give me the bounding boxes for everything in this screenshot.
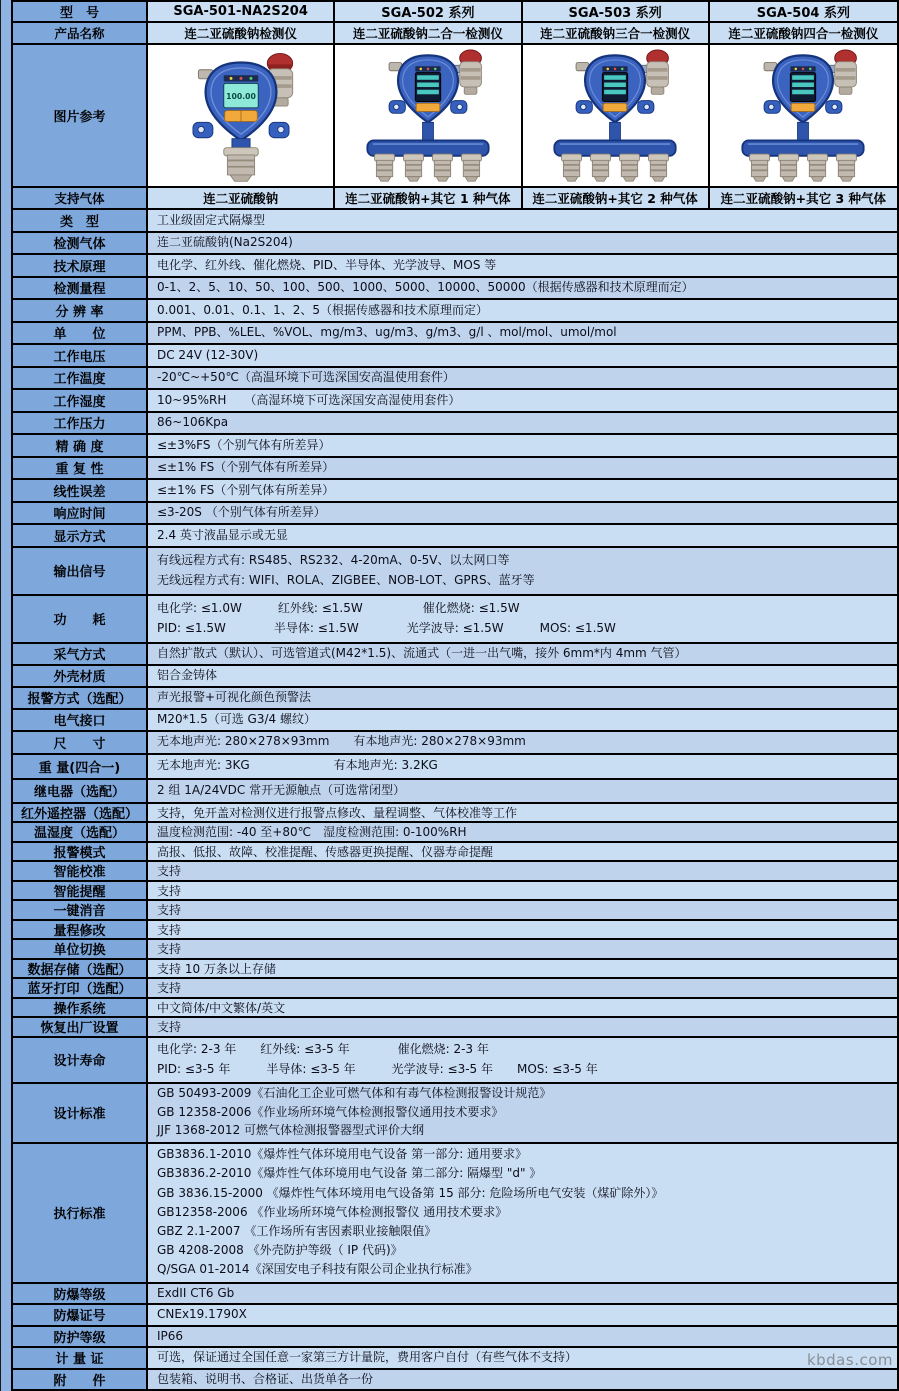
spec-row: 采气方式 自然扩散式（默认）、可选管道式(M42*1.5)、流通式（一进一出气嘴… <box>13 644 897 666</box>
spec-value-line: 支持，免开盖对检测仪进行报警点修改、量程调整、气体校准等工作 <box>148 805 897 822</box>
spec-value-line: 铝合金铸体 <box>148 667 897 684</box>
spec-row: 红外遥控器（选配） 支持，免开盖对检测仪进行报警点修改、量程调整、气体校准等工作 <box>13 804 897 824</box>
spec-value: 2.4 英寸液晶显示或无显 <box>148 525 897 548</box>
gas-detector-multi-icon <box>717 48 889 184</box>
spec-value-line: GB 12358-2006《作业场所环境气体检测报警仪通用技术要求》 <box>148 1104 897 1121</box>
model-name: SGA-503 系列 <box>523 2 710 23</box>
supported-gas: 连二亚硫酸钠+其它 1 种气体 <box>335 188 522 210</box>
spec-value: 支持 <box>148 1018 897 1038</box>
spec-label: 数据存储（选配） <box>13 960 148 980</box>
spec-value: IP66 <box>148 1327 897 1349</box>
spec-label: 执行标准 <box>13 1144 148 1284</box>
spec-row: 工作压力 86~106Kpa <box>13 413 897 436</box>
spec-label: 设计寿命 <box>13 1038 148 1084</box>
spec-value-line: 支持 10 万条以上存储 <box>148 961 897 978</box>
spec-value: 可选，保证通过全国任意一家第三方计量院，费用客户自付（有些气体不支持） <box>148 1348 897 1370</box>
spec-value-line: ExdII CT6 Gb <box>148 1285 897 1302</box>
spec-value: 电化学: ≤1.0W 红外线: ≤1.5W 催化燃烧: ≤1.5WPID: ≤1… <box>148 596 897 644</box>
spec-label: 尺 寸 <box>13 732 148 755</box>
spec-value-line: 支持 <box>148 980 897 997</box>
product-name-row: 产品名称 连二亚硫酸钠检测仪 连二亚硫酸钠二合一检测仪 连二亚硫酸钠三合一检测仪… <box>13 23 897 45</box>
spec-row: 防爆证号 CNEx19.1790X <box>13 1305 897 1327</box>
spec-label: 线性误差 <box>13 480 148 503</box>
spec-value-line: GBZ 2.1-2007 《工作场所有害因素职业接触限值》 <box>148 1223 897 1240</box>
spec-value-line: 10~95%RH （高湿环境下可选深国安高湿使用套件） <box>148 392 897 409</box>
spec-value: 自然扩散式（默认）、可选管道式(M42*1.5)、流通式（一进一出气嘴，接外 6… <box>148 644 897 666</box>
spec-value-line: 无线远程方式有: WIFI、ROLA、ZIGBEE、NOB-LOT、GPRS、蓝… <box>148 572 897 589</box>
spec-value: 铝合金铸体 <box>148 666 897 688</box>
product-image-cell <box>148 45 335 188</box>
spec-value-line: 支持 <box>148 902 897 919</box>
spec-label: 检测量程 <box>13 278 148 301</box>
spec-row: 防护等级 IP66 <box>13 1327 897 1349</box>
spec-value: 连二亚硫酸钠(Na2S204) <box>148 233 897 256</box>
spec-row: 设计寿命 电化学: 2-3 年 红外线: ≤3-5 年 催化燃烧: 2-3 年P… <box>13 1038 897 1084</box>
spec-value: 0-1、2、5、10、50、100、500、1000、5000、10000、50… <box>148 278 897 301</box>
spec-value-line: 自然扩散式（默认）、可选管道式(M42*1.5)、流通式（一进一出气嘴，接外 6… <box>148 645 897 662</box>
spec-row: 继电器（选配） 2 组 1A/24VDC 常开无源触点（可选常闭型） <box>13 780 897 804</box>
spec-value-line: 中文简体/中文繁体/英文 <box>148 1000 897 1017</box>
spec-label: 一键消音 <box>13 901 148 921</box>
spec-label: 操作系统 <box>13 999 148 1019</box>
spec-row: 智能校准 支持 <box>13 862 897 882</box>
spec-label: 智能提醒 <box>13 882 148 902</box>
model-name: SGA-504 系列 <box>710 2 897 23</box>
spec-row: 尺 寸 无本地声光: 280×278×93mm 有本地声光: 280×278×9… <box>13 732 897 755</box>
spec-row: 显示方式 2.4 英寸液晶显示或无显 <box>13 525 897 548</box>
spec-row: 检测量程 0-1、2、5、10、50、100、500、1000、5000、100… <box>13 278 897 301</box>
model-name: SGA-502 系列 <box>335 2 522 23</box>
spec-value-line: GB 4208-2008 《外壳防护等级（ IP 代码)》 <box>148 1242 897 1259</box>
spec-value-line: 支持 <box>148 883 897 900</box>
spec-label: 响应时间 <box>13 503 148 526</box>
spec-value: 支持 <box>148 921 897 941</box>
spec-row: 重 复 性 ≤±1% FS（个别气体有所差异） <box>13 458 897 481</box>
spec-label: 防爆证号 <box>13 1305 148 1327</box>
product-image-cell <box>523 45 710 188</box>
spec-value: GB 50493-2009《石油化工企业可燃气体和有毒气体检测报警设计规范》GB… <box>148 1084 897 1144</box>
spec-value-line: ≤±1% FS（个别气体有所差异） <box>148 459 897 476</box>
spec-label: 工作湿度 <box>13 390 148 413</box>
spec-label: 检测气体 <box>13 233 148 256</box>
spec-row: 恢复出厂设置 支持 <box>13 1018 897 1038</box>
product-name: 连二亚硫酸钠二合一检测仪 <box>335 23 522 45</box>
spec-label: 红外遥控器（选配） <box>13 804 148 824</box>
spec-row: 单 位 PPM、PPB、%LEL、%VOL、mg/m3、ug/m3、g/m3、g… <box>13 323 897 346</box>
spec-row: 操作系统 中文简体/中文繁体/英文 <box>13 999 897 1019</box>
spec-value: 电化学、红外线、催化燃烧、PID、半导体、光学波导、MOS 等 <box>148 255 897 278</box>
spec-label: 电气接口 <box>13 710 148 732</box>
spec-value-line: 电化学: 2-3 年 红外线: ≤3-5 年 催化燃烧: 2-3 年 <box>148 1041 897 1058</box>
spec-row: 蓝牙打印（选配） 支持 <box>13 979 897 999</box>
image-row-label: 图片参考 <box>13 45 148 188</box>
spec-value: 电化学: 2-3 年 红外线: ≤3-5 年 催化燃烧: 2-3 年PID: ≤… <box>148 1038 897 1084</box>
spec-value-line: 连二亚硫酸钠(Na2S204) <box>148 234 897 251</box>
product-name: 连二亚硫酸钠检测仪 <box>148 23 335 45</box>
spec-row: 工作湿度 10~95%RH （高湿环境下可选深国安高湿使用套件） <box>13 390 897 413</box>
spec-value-line: ≤±3%FS（个别气体有所差异） <box>148 437 897 454</box>
spec-value: 0.001、0.01、0.1、1、2、5（根据传感器和技术原理而定） <box>148 300 897 323</box>
spec-value-line: PID: ≤3-5 年 半导体: ≤3-5 年 光学波导: ≤3-5 年 MOS… <box>148 1061 897 1078</box>
spec-row: 单位切换 支持 <box>13 940 897 960</box>
spec-value-line: -20℃~+50℃（高温环境下可选深国安高温使用套件） <box>148 369 897 386</box>
product-image-cell <box>710 45 897 188</box>
product-name: 连二亚硫酸钠四合一检测仪 <box>710 23 897 45</box>
spec-value-line: 0.001、0.01、0.1、1、2、5（根据传感器和技术原理而定） <box>148 302 897 319</box>
spec-value: 工业级固定式隔爆型 <box>148 210 897 233</box>
supported-gas-label: 支持气体 <box>13 188 148 210</box>
product-name-label: 产品名称 <box>13 23 148 45</box>
spec-label: 功 耗 <box>13 596 148 644</box>
spec-value-line: 0-1、2、5、10、50、100、500、1000、5000、10000、50… <box>148 279 897 296</box>
watermark: kbdas.com <box>807 1351 893 1369</box>
spec-value-line: PPM、PPB、%LEL、%VOL、mg/m3、ug/m3、g/m3、g/l 、… <box>148 324 897 341</box>
spec-label: 报警模式 <box>13 843 148 863</box>
spec-value-line: GB3836.1-2010《爆炸性气体环境用电气设备 第一部分: 通用要求》 <box>148 1146 897 1163</box>
spec-value: ≤±3%FS（个别气体有所差异） <box>148 435 897 458</box>
spec-row: 技术原理 电化学、红外线、催化燃烧、PID、半导体、光学波导、MOS 等 <box>13 255 897 278</box>
spec-value: 高报、低报、故障、校准提醒、传感器更换提醒、仪器寿命提醒 <box>148 843 897 863</box>
spec-label: 蓝牙打印（选配） <box>13 979 148 999</box>
spec-row: 响应时间 ≤3-20S （个别气体有所差异） <box>13 503 897 526</box>
spec-value-line: ≤3-20S （个别气体有所差异） <box>148 504 897 521</box>
gas-detector-multi-icon <box>529 48 701 184</box>
spec-value-line: Q/SGA 01-2014《深国安电子科技有限公司企业执行标准》 <box>148 1261 897 1278</box>
spec-label: 计 量 证 <box>13 1348 148 1370</box>
spec-label: 工作电压 <box>13 345 148 368</box>
spec-label: 报警方式（选配） <box>13 688 148 710</box>
spec-table: 型 号 SGA-501-NA2S204 SGA-502 系列 SGA-503 系… <box>11 0 899 1391</box>
spec-row: 输出信号 有线远程方式有: RS485、RS232、4-20mA、0-5V、以太… <box>13 548 897 596</box>
spec-value-line: 电化学、红外线、催化燃烧、PID、半导体、光学波导、MOS 等 <box>148 257 897 274</box>
spec-value: 支持 <box>148 940 897 960</box>
spec-value-line: M20*1.5（可选 G3/4 螺纹） <box>148 711 897 728</box>
supported-gas: 连二亚硫酸钠 <box>148 188 335 210</box>
spec-value: 温度检测范围: -40 至+80℃ 湿度检测范围: 0-100%RH <box>148 823 897 843</box>
spec-value-line: CNEx19.1790X <box>148 1306 897 1323</box>
spec-row: 外壳材质 铝合金铸体 <box>13 666 897 688</box>
spec-row: 计 量 证 可选，保证通过全国任意一家第三方计量院，费用客户自付（有些气体不支持… <box>13 1348 897 1370</box>
spec-label: 精 确 度 <box>13 435 148 458</box>
spec-label: 类 型 <box>13 210 148 233</box>
spec-label: 附 件 <box>13 1370 148 1391</box>
product-name: 连二亚硫酸钠三合一检测仪 <box>523 23 710 45</box>
spec-value-line: 支持 <box>148 941 897 958</box>
model-name: SGA-501-NA2S204 <box>148 2 335 23</box>
spec-value-line: 工业级固定式隔爆型 <box>148 212 897 229</box>
spec-row: 精 确 度 ≤±3%FS（个别气体有所差异） <box>13 435 897 458</box>
spec-row: 附 件 包装箱、说明书、合格证、出货单各一份 <box>13 1370 897 1391</box>
spec-value: M20*1.5（可选 G3/4 螺纹） <box>148 710 897 732</box>
spec-row: 功 耗 电化学: ≤1.0W 红外线: ≤1.5W 催化燃烧: ≤1.5WPID… <box>13 596 897 644</box>
spec-value-line: 包装箱、说明书、合格证、出货单各一份 <box>148 1371 897 1388</box>
spec-value-line: 有线远程方式有: RS485、RS232、4-20mA、0-5V、以太网口等 <box>148 552 897 569</box>
spec-value: 10~95%RH （高湿环境下可选深国安高湿使用套件） <box>148 390 897 413</box>
spec-label: 采气方式 <box>13 644 148 666</box>
supported-gas: 连二亚硫酸钠+其它 3 种气体 <box>710 188 897 210</box>
spec-row: 工作电压 DC 24V (12-30V) <box>13 345 897 368</box>
spec-row: 数据存储（选配） 支持 10 万条以上存储 <box>13 960 897 980</box>
spec-label: 技术原理 <box>13 255 148 278</box>
spec-label: 恢复出厂设置 <box>13 1018 148 1038</box>
spec-value: 无本地声光: 3KG 有本地声光: 3.2KG <box>148 755 897 780</box>
spec-value: 2 组 1A/24VDC 常开无源触点（可选常闭型） <box>148 780 897 804</box>
spec-row: 防爆等级 ExdII CT6 Gb <box>13 1284 897 1306</box>
spec-value-line: GB12358-2006 《作业场所环境气体检测报警仪 通用技术要求》 <box>148 1204 897 1221</box>
spec-row: 智能提醒 支持 <box>13 882 897 902</box>
spec-value-line: 支持 <box>148 922 897 939</box>
gas-detector-single-icon <box>171 48 311 184</box>
supported-gas-row: 支持气体 连二亚硫酸钠 连二亚硫酸钠+其它 1 种气体 连二亚硫酸钠+其它 2 … <box>13 188 897 210</box>
spec-value: 包装箱、说明书、合格证、出货单各一份 <box>148 1370 897 1391</box>
spec-value: 支持，免开盖对检测仪进行报警点修改、量程调整、气体校准等工作 <box>148 804 897 824</box>
spec-value-line: DC 24V (12-30V) <box>148 347 897 364</box>
image-reference-row: 图片参考 <box>13 45 897 188</box>
spec-row: 线性误差 ≤±1% FS（个别气体有所差异） <box>13 480 897 503</box>
spec-row: 分 辨 率 0.001、0.01、0.1、1、2、5（根据传感器和技术原理而定） <box>13 300 897 323</box>
spec-label: 单 位 <box>13 323 148 346</box>
spec-sheet-page: 型 号 SGA-501-NA2S204 SGA-502 系列 SGA-503 系… <box>0 0 899 1391</box>
spec-value-line: IP66 <box>148 1328 897 1345</box>
spec-label: 继电器（选配） <box>13 780 148 804</box>
spec-row: 检测气体 连二亚硫酸钠(Na2S204) <box>13 233 897 256</box>
spec-row: 报警模式 高报、低报、故障、校准提醒、传感器更换提醒、仪器寿命提醒 <box>13 843 897 863</box>
spec-value-line: GB 3836.15-2000 《爆炸性气体环境用电气设备第 15 部分: 危险… <box>148 1185 897 1202</box>
spec-value-line: 高报、低报、故障、校准提醒、传感器更换提醒、仪器寿命提醒 <box>148 844 897 861</box>
spec-value: ≤±1% FS（个别气体有所差异） <box>148 480 897 503</box>
spec-label: 输出信号 <box>13 548 148 596</box>
model-header-row: 型 号 SGA-501-NA2S204 SGA-502 系列 SGA-503 系… <box>13 2 897 23</box>
spec-label: 防爆等级 <box>13 1284 148 1306</box>
spec-rows-container: 类 型 工业级固定式隔爆型 检测气体 连二亚硫酸钠(Na2S204) 技术原理 … <box>13 210 897 1391</box>
spec-value: 声光报警+可视化颜色预警法 <box>148 688 897 710</box>
spec-value: 支持 <box>148 901 897 921</box>
gas-detector-multi-icon <box>342 48 514 184</box>
spec-label: 工作压力 <box>13 413 148 436</box>
spec-value-line: JJF 1368-2012 可燃气体检测报警器型式评价大纲 <box>148 1122 897 1139</box>
spec-value-line: 可选，保证通过全国任意一家第三方计量院，费用客户自付（有些气体不支持） <box>148 1349 897 1366</box>
spec-row: 电气接口 M20*1.5（可选 G3/4 螺纹） <box>13 710 897 732</box>
spec-value: 支持 <box>148 862 897 882</box>
spec-value: ≤3-20S （个别气体有所差异） <box>148 503 897 526</box>
spec-row: 设计标准 GB 50493-2009《石油化工企业可燃气体和有毒气体检测报警设计… <box>13 1084 897 1144</box>
spec-value: GB3836.1-2010《爆炸性气体环境用电气设备 第一部分: 通用要求》GB… <box>148 1144 897 1284</box>
spec-value-line: 温度检测范围: -40 至+80℃ 湿度检测范围: 0-100%RH <box>148 824 897 841</box>
spec-label: 温湿度（选配） <box>13 823 148 843</box>
spec-value: CNEx19.1790X <box>148 1305 897 1327</box>
spec-value-line: 86~106Kpa <box>148 414 897 431</box>
spec-value: 支持 <box>148 979 897 999</box>
spec-row: 量程修改 支持 <box>13 921 897 941</box>
spec-value: ≤±1% FS（个别气体有所差异） <box>148 458 897 481</box>
spec-value-line: 电化学: ≤1.0W 红外线: ≤1.5W 催化燃烧: ≤1.5W <box>148 600 897 617</box>
spec-label: 工作温度 <box>13 368 148 391</box>
left-gutter <box>0 0 11 1391</box>
spec-label: 重 复 性 <box>13 458 148 481</box>
spec-value: DC 24V (12-30V) <box>148 345 897 368</box>
spec-value: -20℃~+50℃（高温环境下可选深国安高温使用套件） <box>148 368 897 391</box>
spec-label: 智能校准 <box>13 862 148 882</box>
spec-value-line: 声光报警+可视化颜色预警法 <box>148 689 897 706</box>
spec-row: 一键消音 支持 <box>13 901 897 921</box>
spec-value-line: 支持 <box>148 863 897 880</box>
spec-row: 执行标准 GB3836.1-2010《爆炸性气体环境用电气设备 第一部分: 通用… <box>13 1144 897 1284</box>
spec-label: 量程修改 <box>13 921 148 941</box>
spec-value: PPM、PPB、%LEL、%VOL、mg/m3、ug/m3、g/m3、g/l 、… <box>148 323 897 346</box>
spec-value-line: 无本地声光: 3KG 有本地声光: 3.2KG <box>148 757 897 774</box>
spec-label: 外壳材质 <box>13 666 148 688</box>
spec-label: 设计标准 <box>13 1084 148 1144</box>
spec-row: 报警方式（选配） 声光报警+可视化颜色预警法 <box>13 688 897 710</box>
spec-label: 防护等级 <box>13 1327 148 1349</box>
spec-value-line: PID: ≤1.5W 半导体: ≤1.5W 光学波导: ≤1.5W MOS: ≤… <box>148 620 897 637</box>
spec-value-line: GB 50493-2009《石油化工企业可燃气体和有毒气体检测报警设计规范》 <box>148 1085 897 1102</box>
spec-label: 单位切换 <box>13 940 148 960</box>
spec-value: 支持 10 万条以上存储 <box>148 960 897 980</box>
model-row-label: 型 号 <box>13 2 148 23</box>
spec-value-line: 2 组 1A/24VDC 常开无源触点（可选常闭型） <box>148 782 897 799</box>
spec-value: 中文简体/中文繁体/英文 <box>148 999 897 1019</box>
spec-label: 分 辨 率 <box>13 300 148 323</box>
spec-row: 温湿度（选配） 温度检测范围: -40 至+80℃ 湿度检测范围: 0-100%… <box>13 823 897 843</box>
spec-value-line: ≤±1% FS（个别气体有所差异） <box>148 482 897 499</box>
product-image-cell <box>335 45 522 188</box>
supported-gas: 连二亚硫酸钠+其它 2 种气体 <box>523 188 710 210</box>
spec-value: 有线远程方式有: RS485、RS232、4-20mA、0-5V、以太网口等无线… <box>148 548 897 596</box>
spec-value: 无本地声光: 280×278×93mm 有本地声光: 280×278×93mm <box>148 732 897 755</box>
spec-row: 类 型 工业级固定式隔爆型 <box>13 210 897 233</box>
spec-label: 显示方式 <box>13 525 148 548</box>
spec-value: 支持 <box>148 882 897 902</box>
spec-label: 重 量(四合一) <box>13 755 148 780</box>
spec-value-line: GB3836.2-2010《爆炸性气体环境用电气设备 第二部分: 隔爆型 "d"… <box>148 1165 897 1182</box>
spec-row: 工作温度 -20℃~+50℃（高温环境下可选深国安高温使用套件） <box>13 368 897 391</box>
spec-row: 重 量(四合一) 无本地声光: 3KG 有本地声光: 3.2KG <box>13 755 897 780</box>
spec-value-line: 2.4 英寸液晶显示或无显 <box>148 527 897 544</box>
spec-value: ExdII CT6 Gb <box>148 1284 897 1306</box>
spec-value-line: 无本地声光: 280×278×93mm 有本地声光: 280×278×93mm <box>148 733 897 750</box>
spec-value: 86~106Kpa <box>148 413 897 436</box>
spec-value-line: 支持 <box>148 1019 897 1036</box>
